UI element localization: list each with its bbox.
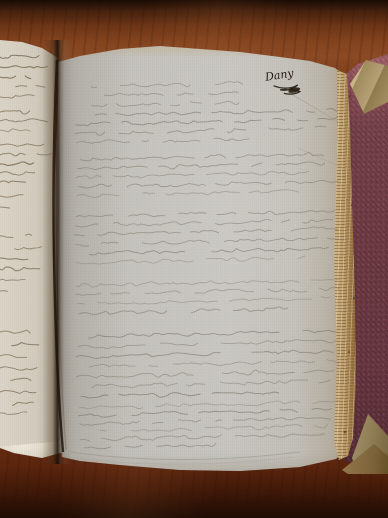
gutter-shadow bbox=[42, 40, 72, 464]
right-page bbox=[54, 44, 356, 474]
photo-of-manuscript: Dany bbox=[0, 0, 388, 518]
